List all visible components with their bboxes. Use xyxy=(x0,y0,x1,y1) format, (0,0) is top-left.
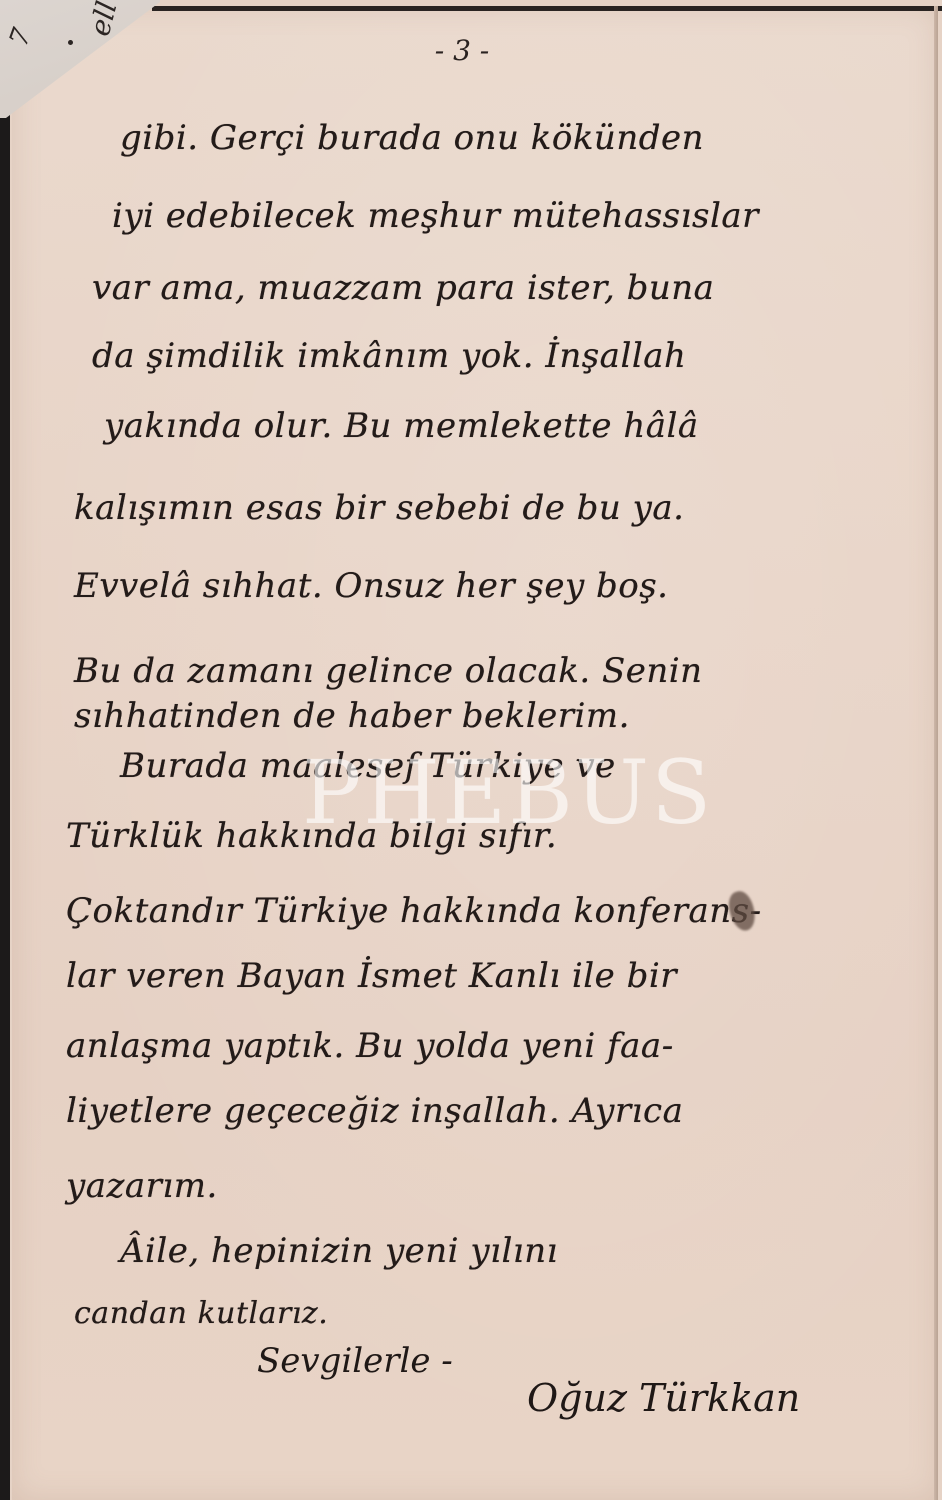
corner-scrap-text: 7 xyxy=(4,24,38,50)
letter-line: Âile, hepinizin yeni yılını xyxy=(120,1231,558,1271)
corner-dot xyxy=(68,40,73,45)
letter-line: Bu da zamanı gelince olacak. Senin xyxy=(74,651,703,691)
letter-line: yazarım. xyxy=(66,1166,218,1206)
letter-line: gibi. Gerçi burada onu kökünden xyxy=(120,118,704,158)
letter-line: anlaşma yaptık. Bu yolda yeni faa- xyxy=(66,1026,674,1066)
closing-salutation: Sevgilerle - xyxy=(257,1341,453,1381)
letter-line: da şimdilik imkânım yok. İnşallah xyxy=(92,336,686,376)
letter-line: iyi edebilecek meşhur mütehassıslar xyxy=(112,196,759,236)
corner-scrap-text: ell xyxy=(83,0,124,39)
letter-page: - 3 - gibi. Gerçi burada onu kökünden iy… xyxy=(12,6,938,1500)
letter-line: Evvelâ sıhhat. Onsuz her şey boş. xyxy=(74,566,668,606)
letter-line: candan kutlarız. xyxy=(74,1296,328,1331)
watermark: PHEBUS xyxy=(302,741,713,844)
page-left-edge xyxy=(0,110,10,1500)
page-top-edge xyxy=(152,6,942,11)
letter-line: Çoktandır Türkiye hakkında konferans- xyxy=(66,891,762,931)
letter-line: liyetlere geçeceğiz inşallah. Ayrıca xyxy=(66,1091,683,1131)
letter-line: yakında olur. Bu memlekette hâlâ xyxy=(104,406,699,446)
letter-line: lar veren Bayan İsmet Kanlı ile bir xyxy=(66,956,677,996)
signature: Oğuz Türkkan xyxy=(527,1376,800,1420)
letter-line: kalışımın esas bir sebebi de bu ya. xyxy=(74,488,684,528)
page-number: - 3 - xyxy=(402,34,522,67)
page-right-edge xyxy=(934,6,938,1500)
letter-line: sıhhatinden de haber beklerim. xyxy=(74,696,630,736)
letter-line: var ama, muazzam para ister, buna xyxy=(92,268,714,308)
